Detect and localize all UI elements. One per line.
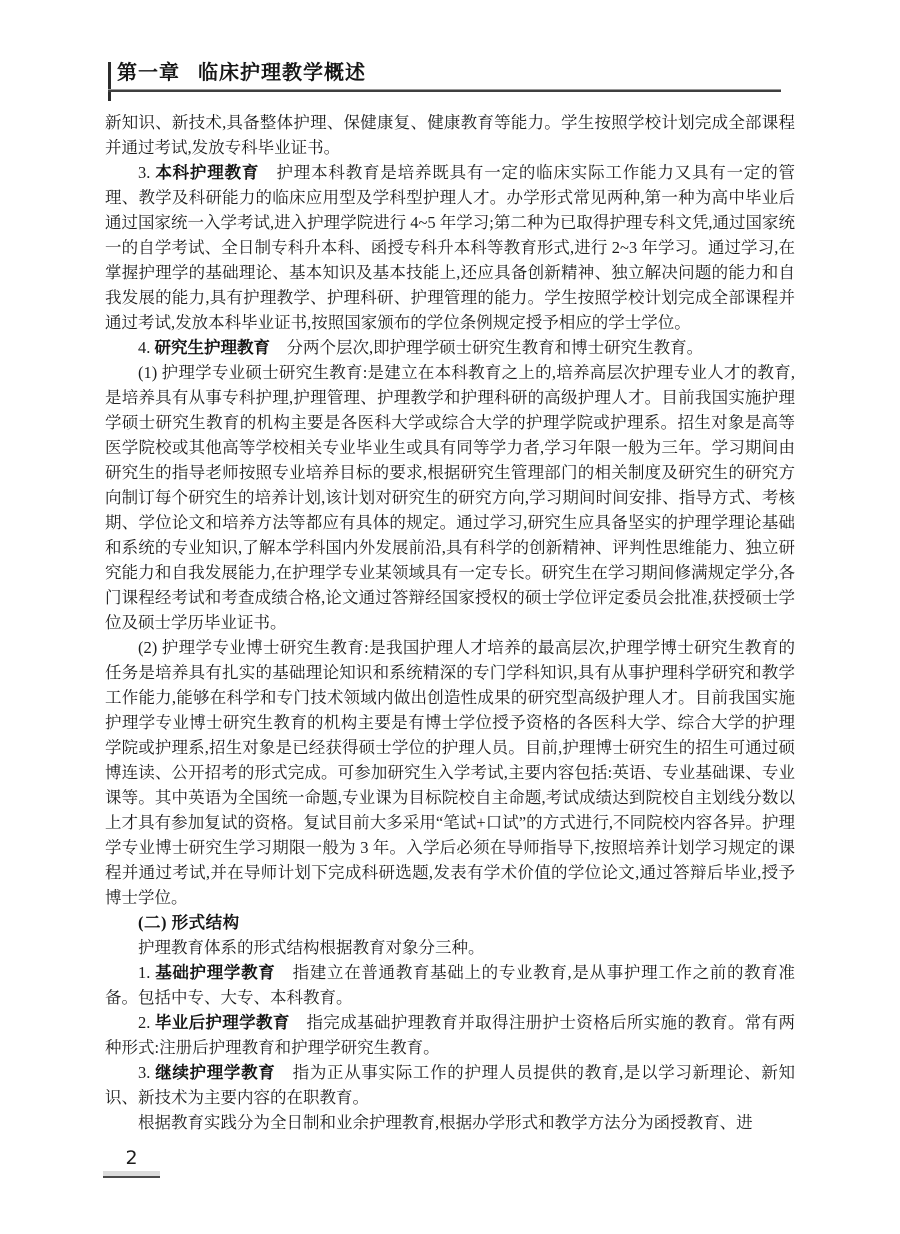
text-run: (1) 护理学专业硕士研究生教育:是建立在本科教育之上的,培养高层次护理专业人才… (105, 363, 795, 632)
term-emphasis: (二) 形式结构 (138, 913, 240, 932)
term-emphasis: 继续护理学教育 (155, 1063, 275, 1082)
text-run: 3. (138, 1063, 155, 1082)
term-emphasis: 毕业后护理学教育 (155, 1013, 290, 1032)
term-emphasis: 基础护理学教育 (155, 963, 275, 982)
text-run: 分两个层次,即护理学硕士研究生教育和博士研究生教育。 (270, 338, 703, 357)
chapter-header-bar (108, 62, 111, 101)
section-heading-form-structure: (二) 形式结构 (105, 910, 795, 935)
para-undergraduate-education: 3. 本科护理教育 护理本科教育是培养既具有一定的临床实际工作能力又具有一定的管… (105, 160, 795, 335)
chapter-header: 第一章临床护理教学概述 (105, 60, 781, 91)
chapter-header-text: 第一章临床护理教学概述 (117, 60, 366, 87)
text-run: 护理本科教育是培养既具有一定的临床实际工作能力又具有一定的管理、教学及科研能力的… (105, 163, 795, 332)
para-form-structure-intro: 护理教育体系的形式结构根据教育对象分三种。 (105, 935, 795, 960)
para-practice-forms: 根据教育实践分为全日制和业余护理教育,根据办学形式和教学方法分为函授教育、进 (105, 1110, 795, 1135)
text-run: 2. (138, 1013, 155, 1032)
text-run: 新知识、新技术,具备整体护理、保健康复、健康教育等能力。学生按照学校计划完成全部… (105, 113, 795, 157)
text-run: (2) 护理学专业博士研究生教育:是我国护理人才培养的最高层次,护理学博士研究生… (105, 638, 795, 907)
para-master-education: (1) 护理学专业硕士研究生教育:是建立在本科教育之上的,培养高层次护理专业人才… (105, 360, 795, 635)
book-page: 第一章临床护理教学概述 新知识、新技术,具备整体护理、保健康复、健康教育等能力。… (0, 0, 900, 1234)
page-footer: 2 (103, 1146, 160, 1178)
text-run: 4. (138, 338, 155, 357)
para-continuing-education: 3. 继续护理学教育 指为正从事实际工作的护理人员提供的教育,是以学习新理论、新… (105, 1060, 795, 1110)
page-number-rule (103, 1171, 160, 1178)
para-basic-nursing-education: 1. 基础护理学教育 指建立在普通教育基础上的专业教育,是从事护理工作之前的教育… (105, 960, 795, 1010)
text-run: 3. (138, 163, 155, 182)
term-emphasis: 本科护理教育 (155, 163, 259, 182)
para-junior-college-continuation: 新知识、新技术,具备整体护理、保健康复、健康教育等能力。学生按照学校计划完成全部… (105, 110, 795, 160)
page-number: 2 (103, 1146, 160, 1170)
para-post-graduation-education: 2. 毕业后护理学教育 指完成基础护理教育并取得注册护士资格后所实施的教育。常有… (105, 1010, 795, 1060)
document-body: 新知识、新技术,具备整体护理、保健康复、健康教育等能力。学生按照学校计划完成全部… (105, 110, 795, 1135)
text-run: 护理教育体系的形式结构根据教育对象分三种。 (138, 938, 485, 957)
para-doctoral-education: (2) 护理学专业博士研究生教育:是我国护理人才培养的最高层次,护理学博士研究生… (105, 635, 795, 910)
text-run: 根据教育实践分为全日制和业余护理教育,根据办学形式和教学方法分为函授教育、进 (138, 1113, 753, 1132)
text-run: 1. (138, 963, 155, 982)
chapter-header-rule (108, 89, 781, 92)
para-graduate-education: 4. 研究生护理教育 分两个层次,即护理学硕士研究生教育和博士研究生教育。 (105, 335, 795, 360)
term-emphasis: 研究生护理教育 (155, 338, 271, 357)
chapter-label: 第一章 (117, 62, 180, 84)
chapter-title: 临床护理教学概述 (198, 62, 366, 84)
